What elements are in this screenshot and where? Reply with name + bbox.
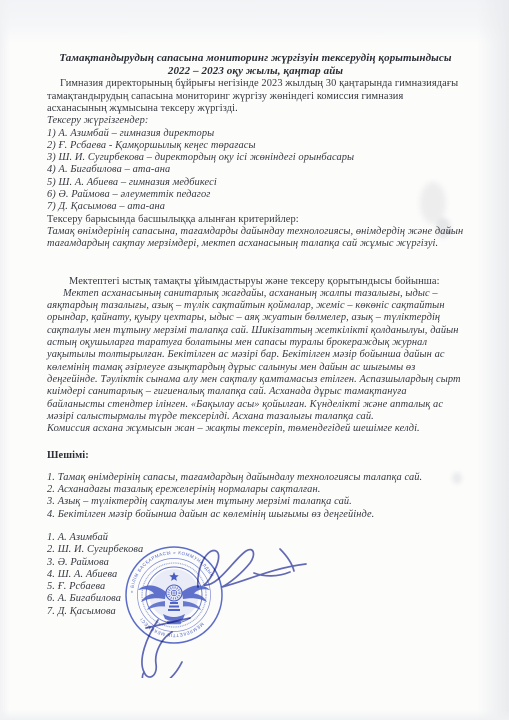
section-heading: Мектептегі ыстық тамақты ұйымдастыруы жә…: [47, 276, 464, 288]
inspector-item: 7) Д. Қасымова – ата-ана: [47, 201, 464, 213]
pen-signature-squiggle: [126, 616, 196, 678]
scan-edge-bottom: [0, 710, 509, 720]
inspectors-heading: Тексеру жүргізгендер:: [47, 115, 464, 127]
criteria-heading: Тексеру барысында басшылыққа алынған кри…: [47, 214, 464, 226]
inspector-item: 4) А. Бигабилова – ата-ана: [47, 164, 464, 176]
pen-signature-flourish: [192, 541, 318, 597]
intro-paragraph: Гимназия директорының бұйрығы негізінде …: [47, 78, 464, 115]
decision-item: 3. Азық – түліктердің сақталуы мен тұтын…: [47, 496, 464, 508]
findings-paragraph: Мектеп асханасының санитарлық жағдайы, а…: [47, 288, 464, 423]
decision-heading: Шешімі:: [47, 450, 464, 462]
inspectors-list: 1) А. Азимбай – гимназия директоры 2) Ғ.…: [47, 128, 464, 214]
document-title: Тамақтандырудың сапасына мониторинг жүрг…: [47, 52, 464, 78]
inspector-item: 6) Ә. Раймова – әлеуметтік педагог: [47, 189, 464, 201]
title-line-2: 2022 – 2023 оқу жылы, қаңтар айы: [47, 65, 464, 78]
decisions-list: 1. Тамақ өнімдерінің сапасы, тағамдардың…: [47, 472, 464, 521]
decision-item: 2. Асханадағы тазалық ережелерінің норма…: [47, 484, 464, 496]
criteria-paragraph: Тамақ өнімдерінің сапасына, тағамдарды д…: [47, 226, 464, 251]
document-content: Тамақтандырудың сапасына мониторинг жүрг…: [47, 0, 464, 618]
scan-edge-right: [477, 0, 509, 720]
decision-item: 1. Тамақ өнімдерінің сапасы, тағамдардың…: [47, 472, 464, 484]
inspector-item: 2) Ғ. Рсбаева - Қамқоршылық кеңес төраға…: [47, 140, 464, 152]
commission-conclusion-line: Комиссия асхана жұмысын жан – жақты текс…: [47, 423, 464, 435]
scan-edge-left: [0, 0, 10, 720]
decision-item: 4. Бекітілген мәзір бойынша дайын ас көл…: [47, 509, 464, 521]
document-page: Тамақтандырудың сапасына мониторинг жүрг…: [0, 0, 509, 720]
signatory-item: 7. Д. Қасымова: [47, 606, 464, 618]
inspector-item: 1) А. Азимбай – гимназия директоры: [47, 128, 464, 140]
inspector-item: 3) Ш. И. Сугирбекова – директордың оқу і…: [47, 152, 464, 164]
title-line-1: Тамақтандырудың сапасына мониторинг жүрг…: [47, 52, 464, 65]
inspector-item: 5) Ш. А. Абиева – гимназия медбикесі: [47, 177, 464, 189]
